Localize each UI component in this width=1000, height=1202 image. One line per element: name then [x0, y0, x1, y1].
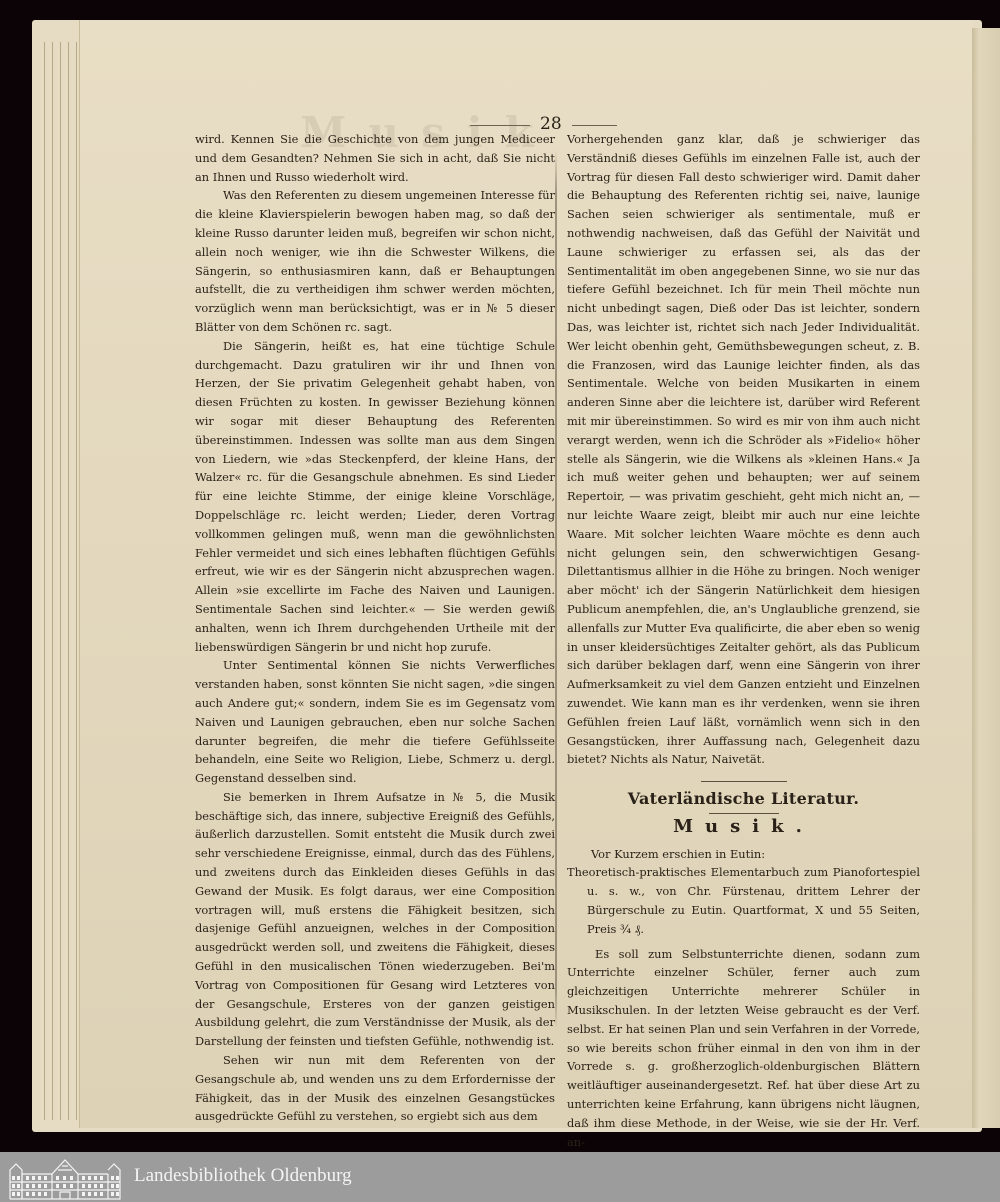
- paragraph: Unter Sentimental können Sie nichts Verw…: [195, 656, 555, 788]
- review-paragraph: Es soll zum Selbstunterrichte dienen, so…: [567, 945, 920, 1152]
- page-leaf-edge: [44, 42, 45, 1120]
- page-leaf-edge: [52, 42, 53, 1120]
- page-leaf-edge: [68, 42, 69, 1120]
- page-leaf-edge: [76, 42, 77, 1120]
- paragraph: Die Sängerin, heißt es, hat eine tüchtig…: [195, 337, 555, 657]
- paragraph: Was den Referenten zu diesem ungemeinen …: [195, 186, 555, 336]
- section-divider: [701, 781, 787, 782]
- library-building-icon: [8, 1156, 122, 1200]
- facing-page-edge: [972, 28, 1000, 1128]
- left-column: wird. Kennen Sie die Geschichte von dem …: [195, 130, 555, 1126]
- page-number-rule-left: [470, 125, 530, 126]
- page-number-rule-right: [572, 125, 617, 126]
- footer-bar: Landesbibliothek Oldenburg: [0, 1152, 1000, 1202]
- page-leaf-edge: [60, 42, 61, 1120]
- notice-intro: Vor Kurzem erschien in Eutin:: [567, 845, 920, 864]
- paragraph: Sie bemerken in Ihrem Aufsatze in № 5, d…: [195, 788, 555, 1051]
- section-divider: [709, 813, 779, 814]
- institution-name: Landesbibliothek Oldenburg: [134, 1165, 352, 1187]
- paragraph: wird. Kennen Sie die Geschichte von dem …: [195, 130, 555, 186]
- book-entry: Theoretisch-praktisches Elementarbuch zu…: [567, 863, 920, 938]
- right-column: Vorhergehenden ganz klar, daß je schwier…: [567, 130, 920, 1151]
- subsection-title: Musik.: [567, 818, 920, 837]
- paragraph: Sehen wir nun mit dem Referenten von der…: [195, 1051, 555, 1126]
- section-title: Vaterländische Literatur.: [567, 790, 920, 809]
- paragraph: Vorhergehenden ganz klar, daß je schwier…: [567, 130, 920, 769]
- column-divider: [555, 150, 557, 1030]
